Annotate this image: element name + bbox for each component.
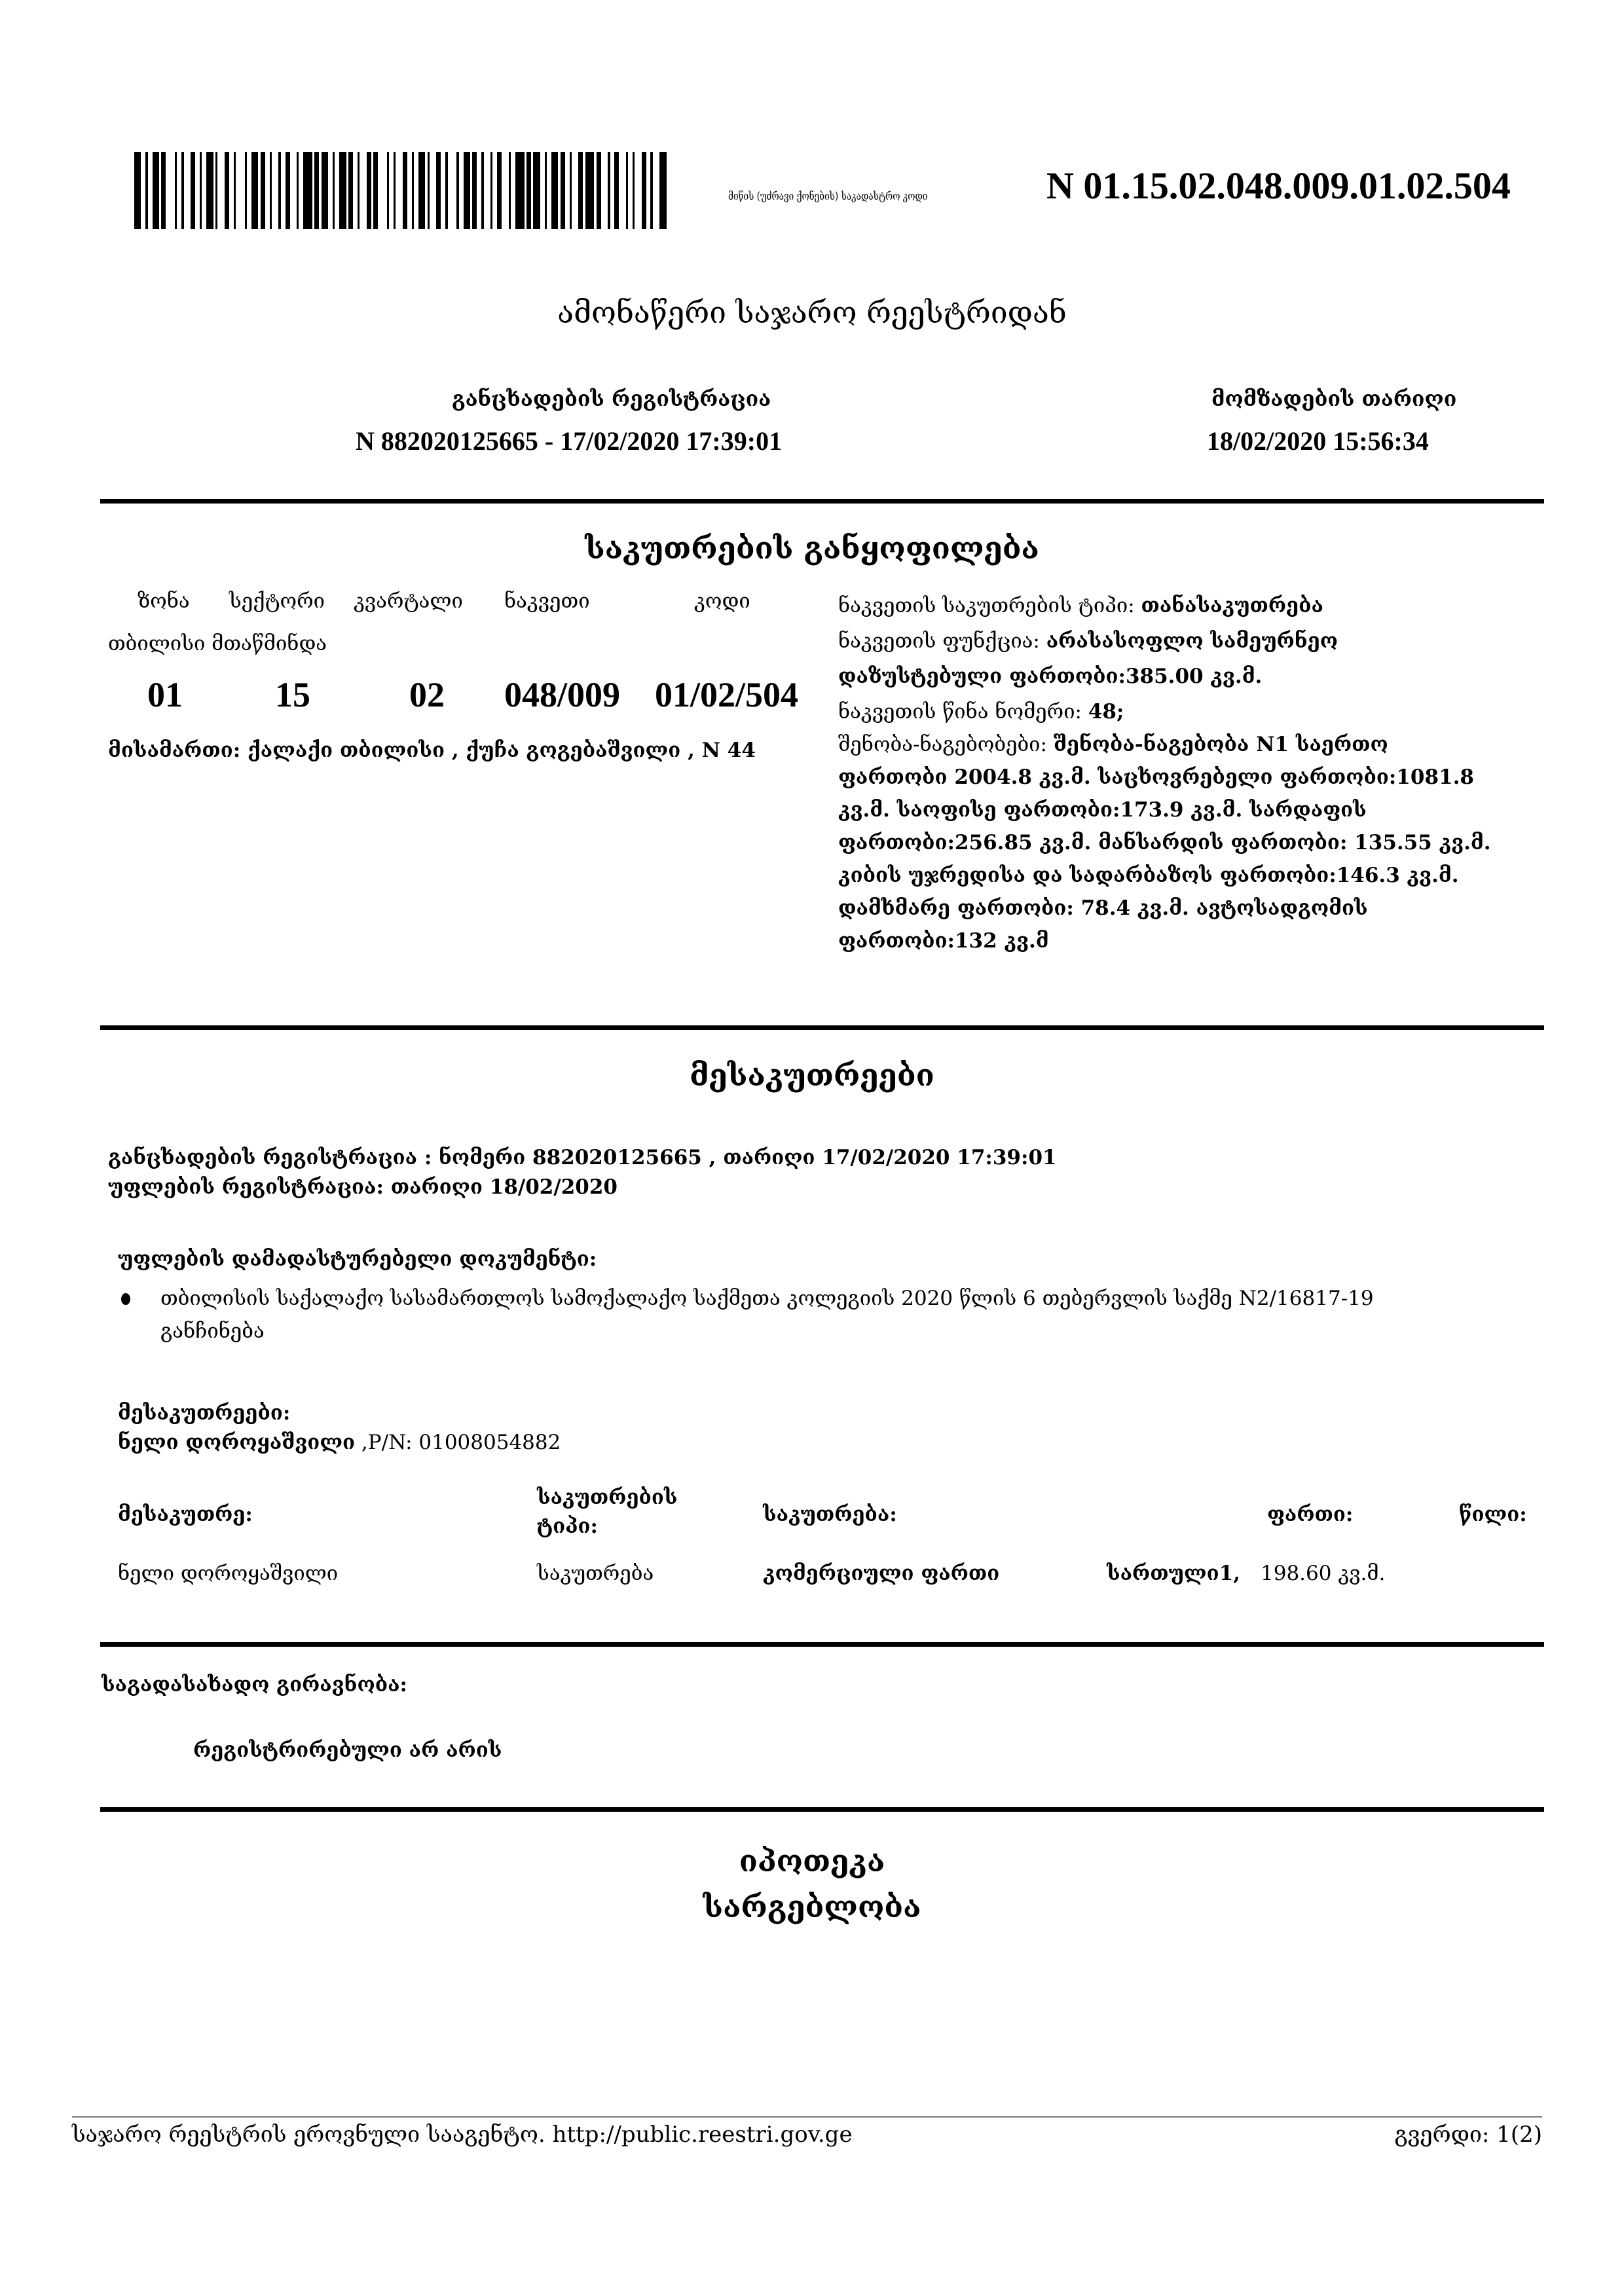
cadastral-code-label: მიწის (უძრავი ქონების) საკადასტრო კოდი [728,190,927,203]
buildings-line: ფართობი:132 კვ.მ [838,925,1552,957]
buildings-line: კიბის უჯრედისა და სადარბაზოს ფართობი:146… [838,859,1552,892]
area-row: დაზუსტებული ფართობი:385.00 კვ.მ. [838,660,1552,693]
address-value: ქალაქი თბილისი , ქუჩა გოგებაშვილი , N 44 [248,739,756,762]
application-registration-value: N 882020125665 - 17/02/2020 17:39:01 [356,426,782,456]
column-zone: ზონა [138,589,190,613]
table-cell-owner: ნელი დოროყაშვილი [118,1562,338,1585]
table-header-type-line: საკუთრების [537,1483,678,1512]
ownership-type-label: ნაკვეთის საკუთრების ტიპი: [838,594,1135,617]
buildings-line: კვ.მ. საოფისე ფართობი:173.9 კვ.მ. სარდაფ… [838,794,1552,826]
area-value: 385.00 კვ.მ. [1126,665,1262,688]
tax-lien-label: საგადასახადო გირავნობა: [101,1673,407,1697]
table-cell-area: 198.60 კვ.მ. [1261,1562,1385,1585]
column-parcel: ნაკვეთი [504,589,590,613]
document-item-continuation: განჩინება [160,1319,265,1343]
ownership-type-row: ნაკვეთის საკუთრების ტიპი: თანასაკუთრება [838,589,1552,622]
sector-value: 15 [275,674,310,715]
documents-label: უფლების დამადასტურებელი დოკუმენტი: [118,1247,597,1271]
ownership-type-value: თანასაკუთრება [1141,594,1323,617]
document-title: ამონაწერი საჯარო რეესტრიდან [0,295,1624,330]
area-label: დაზუსტებული ფართობი: [838,665,1126,688]
address-label: მისამართი: [108,739,240,762]
prepared-date-value: 18/02/2020 15:56:34 [1207,426,1429,456]
address: მისამართი: ქალაქი თბილისი , ქუჩა გოგებაშ… [108,739,756,762]
zone-value: 01 [147,674,183,715]
cadastral-code: N 01.15.02.048.009.01.02.504 [1046,164,1511,208]
table-header-share: წილი: [1459,1503,1527,1526]
function-value: არასასოფლო სამეურნეო [1046,629,1338,653]
right-registration-line: უფლების რეგისტრაცია: თარიღი 18/02/2020 [108,1175,618,1199]
buildings-line: ფართობი 2004.8 კვ.მ. საცხოვრებელი ფართობ… [838,761,1552,794]
table-header-area: ფართი: [1267,1503,1353,1526]
parcel-details: ნაკვეთის საკუთრების ტიპი: თანასაკუთრება … [838,589,1552,957]
owners-section-title: მესაკუთრეები [0,1057,1624,1093]
table-header-type: საკუთრების ტიპი: [537,1483,678,1541]
usage-section-title: სარგებლობა [0,1889,1624,1924]
prepared-date-label: მომზადების თარიღი [1211,386,1456,411]
code-value: 01/02/504 [655,674,798,715]
buildings-line: ფართობი:256.85 კვ.მ. მანსარდის ფართობი: … [838,826,1552,859]
parcel-value: 048/009 [504,674,620,715]
previous-number-value: 48; [1088,700,1124,724]
buildings-label: შენობა-ნაგებობები: [838,733,1047,756]
buildings-line: დამხმარე ფართობი: 78.4 კვ.მ. ავტოსადგომი… [838,892,1552,925]
barcode [134,152,671,229]
property-section-title: საკუთრების განყოფილება [0,530,1624,566]
function-label: ნაკვეთის ფუნქცია: [838,629,1040,653]
column-quarter: კვარტალი [354,589,463,613]
previous-number-row: ნაკვეთის წინა ნომერი: 48; [838,695,1552,728]
bullet-icon [121,1293,130,1305]
owner-name: ნელი დოროყაშვილი [118,1431,355,1454]
quarter-value: 02 [409,674,445,715]
table-cell-property: კომერციული ფართი [763,1562,999,1585]
section-divider [100,1807,1544,1812]
table-header-property: საკუთრება: [763,1503,897,1526]
table-header-type-line: ტიპი: [537,1512,678,1541]
tax-lien-value: რეგისტრირებული არ არის [193,1738,502,1762]
table-header-owner: მესაკუთრე: [118,1503,253,1526]
owner-line: ნელი დოროყაშვილი ,P/N: 01008054882 [118,1431,561,1454]
section-divider [100,499,1544,504]
buildings-line: შენობა-ნაგებობა N1 საერთო [1054,733,1388,756]
document-item: თბილისის საქალაქო სასამართლოს სამოქალაქო… [160,1287,1374,1310]
section-divider [100,1642,1544,1647]
owner-pn: ,P/N: 01008054882 [355,1431,561,1454]
function-row: ნაკვეთის ფუნქცია: არასასოფლო სამეურნეო [838,625,1552,657]
footer-divider [72,2116,1542,2118]
column-code: კოდი [694,589,750,613]
owners-label: მესაკუთრეები: [118,1401,290,1425]
column-sector: სექტორი [229,589,325,613]
footer-page-number: გვერდი: 1(2) [1395,2121,1542,2148]
table-cell-floor: სართული1, [1107,1562,1240,1585]
section-divider [100,1025,1544,1030]
table-cell-type: საკუთრება [537,1562,654,1585]
owners-application-line: განცხადების რეგისტრაცია : ნომერი 8820201… [108,1146,1057,1169]
mortgage-section-title: იპოთეკა [0,1843,1624,1879]
buildings-row: შენობა-ნაგებობები: შენობა-ნაგებობა N1 სა… [838,728,1552,761]
previous-number-label: ნაკვეთის წინა ნომერი: [838,700,1082,724]
application-registration-label: განცხადების რეგისტრაცია [452,386,771,411]
location-name: თბილისი მთაწმინდა [108,632,327,655]
footer-agency: საჯარო რეესტრის ეროვნული სააგენტო. http:… [72,2121,853,2148]
